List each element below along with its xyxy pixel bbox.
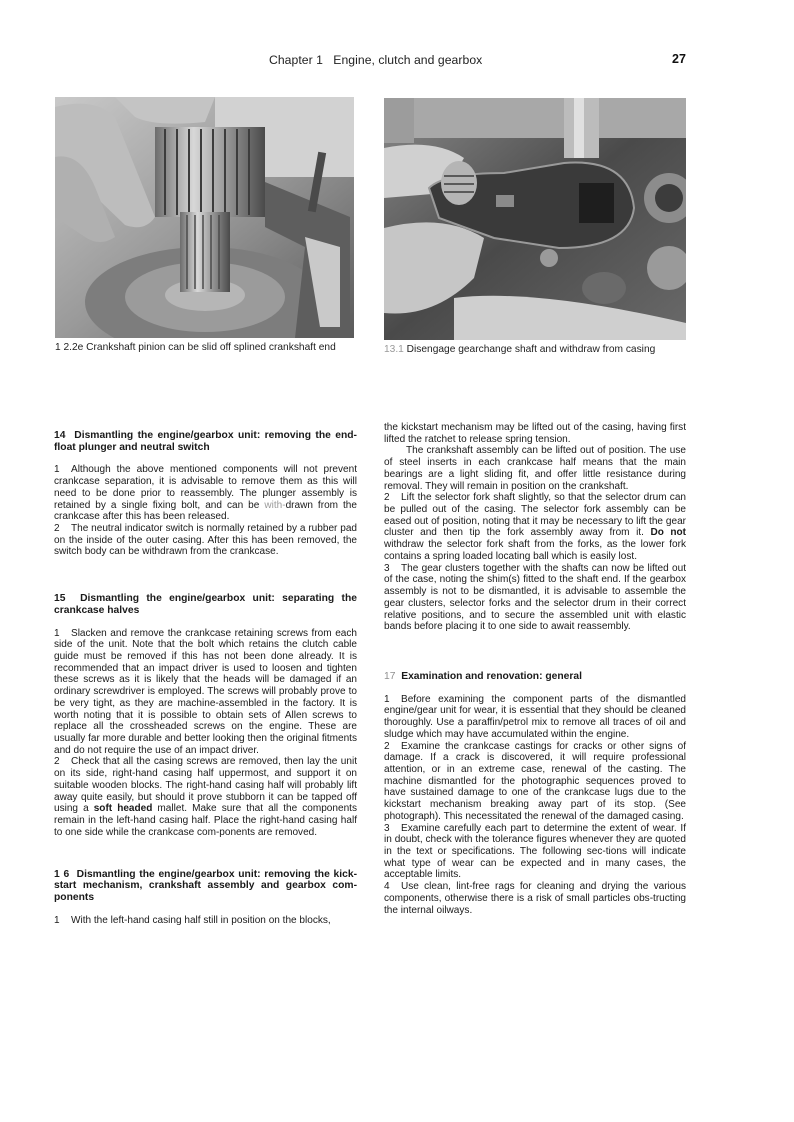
section-title: Examination and renovation: general <box>401 671 582 682</box>
section-title: Dismantling the engine/gearbox unit: sep… <box>54 593 357 616</box>
paragraph: 3The gear clusters together with the sha… <box>384 563 686 633</box>
paragraph: 1Before examining the component parts of… <box>384 694 686 741</box>
figure-caption: 1 2.2e Crankshaft pinion can be slid off… <box>55 342 365 354</box>
photo-image-icon <box>55 97 354 338</box>
text-column-right: the kickstart mechanism may be lifted ou… <box>384 422 686 916</box>
paragraph: 2Lift the selector fork shaft slightly, … <box>384 492 686 562</box>
section-number: 1 6 <box>54 869 69 880</box>
photo-image-icon <box>384 98 686 340</box>
caption-number: 13.1 <box>384 344 404 355</box>
paragraph: 4Use clean, lint-free rags for cleaning … <box>384 881 686 916</box>
section-heading-17: 17 Examination and renovation: general <box>384 671 686 683</box>
section-title: Dismantling the engine/gearbox unit: rem… <box>54 430 357 453</box>
paragraph: 1Although the above mentioned components… <box>54 464 357 523</box>
paragraph: 3Examine carefully each part to determin… <box>384 823 686 882</box>
chapter-title: Chapter 1 Engine, clutch and gearbox <box>269 53 482 67</box>
section-heading-14: 14 Dismantling the engine/gearbox unit: … <box>54 430 357 453</box>
caption-text: Disengage gearchange shaft and withdraw … <box>407 344 656 355</box>
section-number: 17 <box>384 671 395 682</box>
paragraph: The crankshaft assembly can be lifted ou… <box>384 445 686 492</box>
caption-text: Crankshaft pinion can be slid off spline… <box>86 342 336 353</box>
paragraph: 2The neutral indicator switch is normall… <box>54 523 357 558</box>
section-number: 14 <box>54 430 65 441</box>
paragraph: the kickstart mechanism may be lifted ou… <box>384 422 686 445</box>
text-column-left: 14 Dismantling the engine/gearbox unit: … <box>54 430 357 926</box>
page-number: 27 <box>672 52 686 66</box>
running-header: Chapter 1 Engine, clutch and gearbox 27 <box>0 53 794 69</box>
caption-number: 1 2.2e <box>55 342 83 353</box>
paragraph: 1Slacken and remove the crankcase retain… <box>54 628 357 757</box>
section-title: Dismantling the engine/gearbox unit: rem… <box>54 869 357 903</box>
section-heading-15: 15 Dismantling the engine/gearbox unit: … <box>54 593 357 616</box>
figure-photo-gearchange-shaft <box>384 98 686 340</box>
figure-photo-crankshaft-pinion <box>55 97 354 338</box>
paragraph: 2Check that all the casing screws are re… <box>54 756 357 838</box>
paragraph: 1With the left-hand casing half still in… <box>54 915 357 927</box>
section-number: 15 <box>54 593 65 604</box>
section-heading-16: 1 6 Dismantling the engine/gearbox unit:… <box>54 869 357 904</box>
figure-caption: 13.1 Disengage gearchange shaft and with… <box>384 344 684 356</box>
paragraph: 2Examine the crankcase castings for crac… <box>384 741 686 823</box>
